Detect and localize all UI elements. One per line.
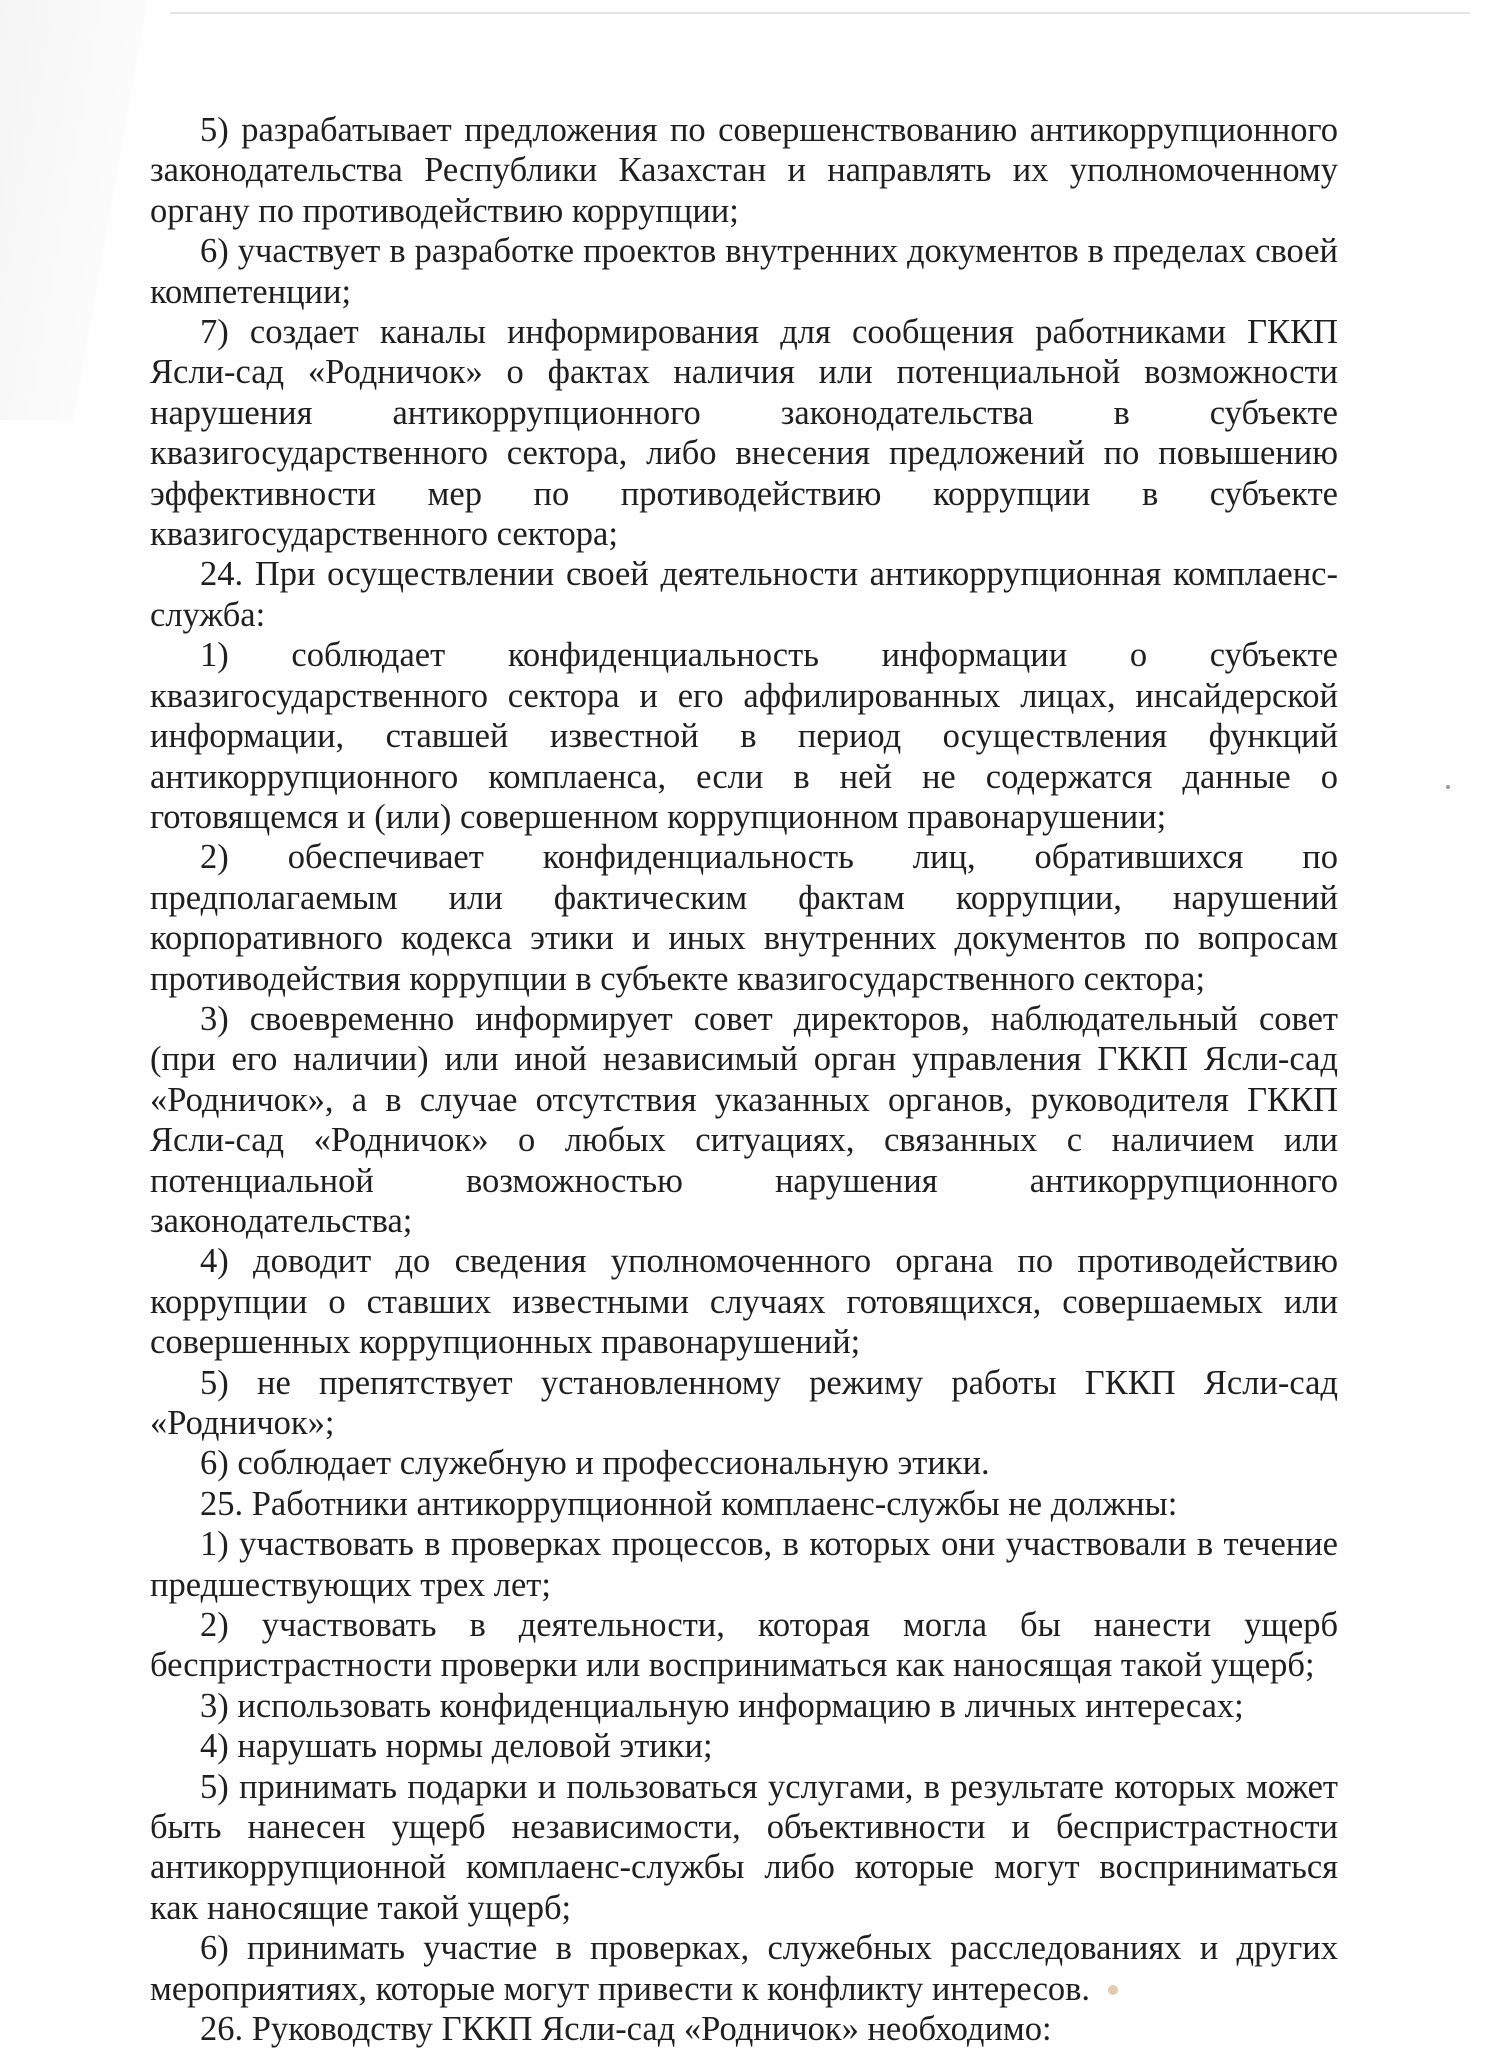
paragraph: 3) своевременно информирует совет директ… [150,999,1338,1241]
scan-stain [1108,1985,1118,1995]
paragraph: 6) принимать участие в проверках, служеб… [150,1928,1338,2009]
paragraph: 2) обеспечивает конфиденциальность лиц, … [150,837,1338,999]
section-heading-26: 26. Руководству ГККП Ясли-сад «Родничок»… [150,2009,1338,2048]
document-body: 5) разрабатывает предложения по совершен… [150,110,1338,2048]
paragraph: 1) участвовать в проверках процессов, в … [150,1524,1338,1605]
paragraph: 3) использовать конфиденциальную информа… [150,1686,1338,1726]
paragraph: 6) соблюдает служебную и профессиональну… [150,1443,1338,1483]
paragraph: 5) не препятствует установленному режиму… [150,1363,1338,1444]
section-heading-25: 25. Работники антикоррупционной комплаен… [150,1484,1338,1524]
section-heading-24: 24. При осуществлении своей деятельности… [150,554,1338,635]
paragraph: 5) разрабатывает предложения по совершен… [150,110,1338,231]
paragraph: 7) создает каналы информирования для соо… [150,312,1338,554]
paragraph: 5) принимать подарки и пользоваться услу… [150,1767,1338,1929]
page-fold-shadow [0,0,170,420]
scan-speck [1446,785,1450,789]
paragraph: 2) участвовать в деятельности, которая м… [150,1605,1338,1686]
paragraph: 4) нарушать нормы деловой этики; [150,1726,1338,1766]
page-top-edge [170,12,1470,14]
scanned-page: 5) разрабатывает предложения по совершен… [0,0,1489,2048]
paragraph: 4) доводит до сведения уполномоченного о… [150,1241,1338,1362]
paragraph: 6) участвует в разработке проектов внутр… [150,231,1338,312]
paragraph: 1) соблюдает конфиденциальность информац… [150,635,1338,837]
